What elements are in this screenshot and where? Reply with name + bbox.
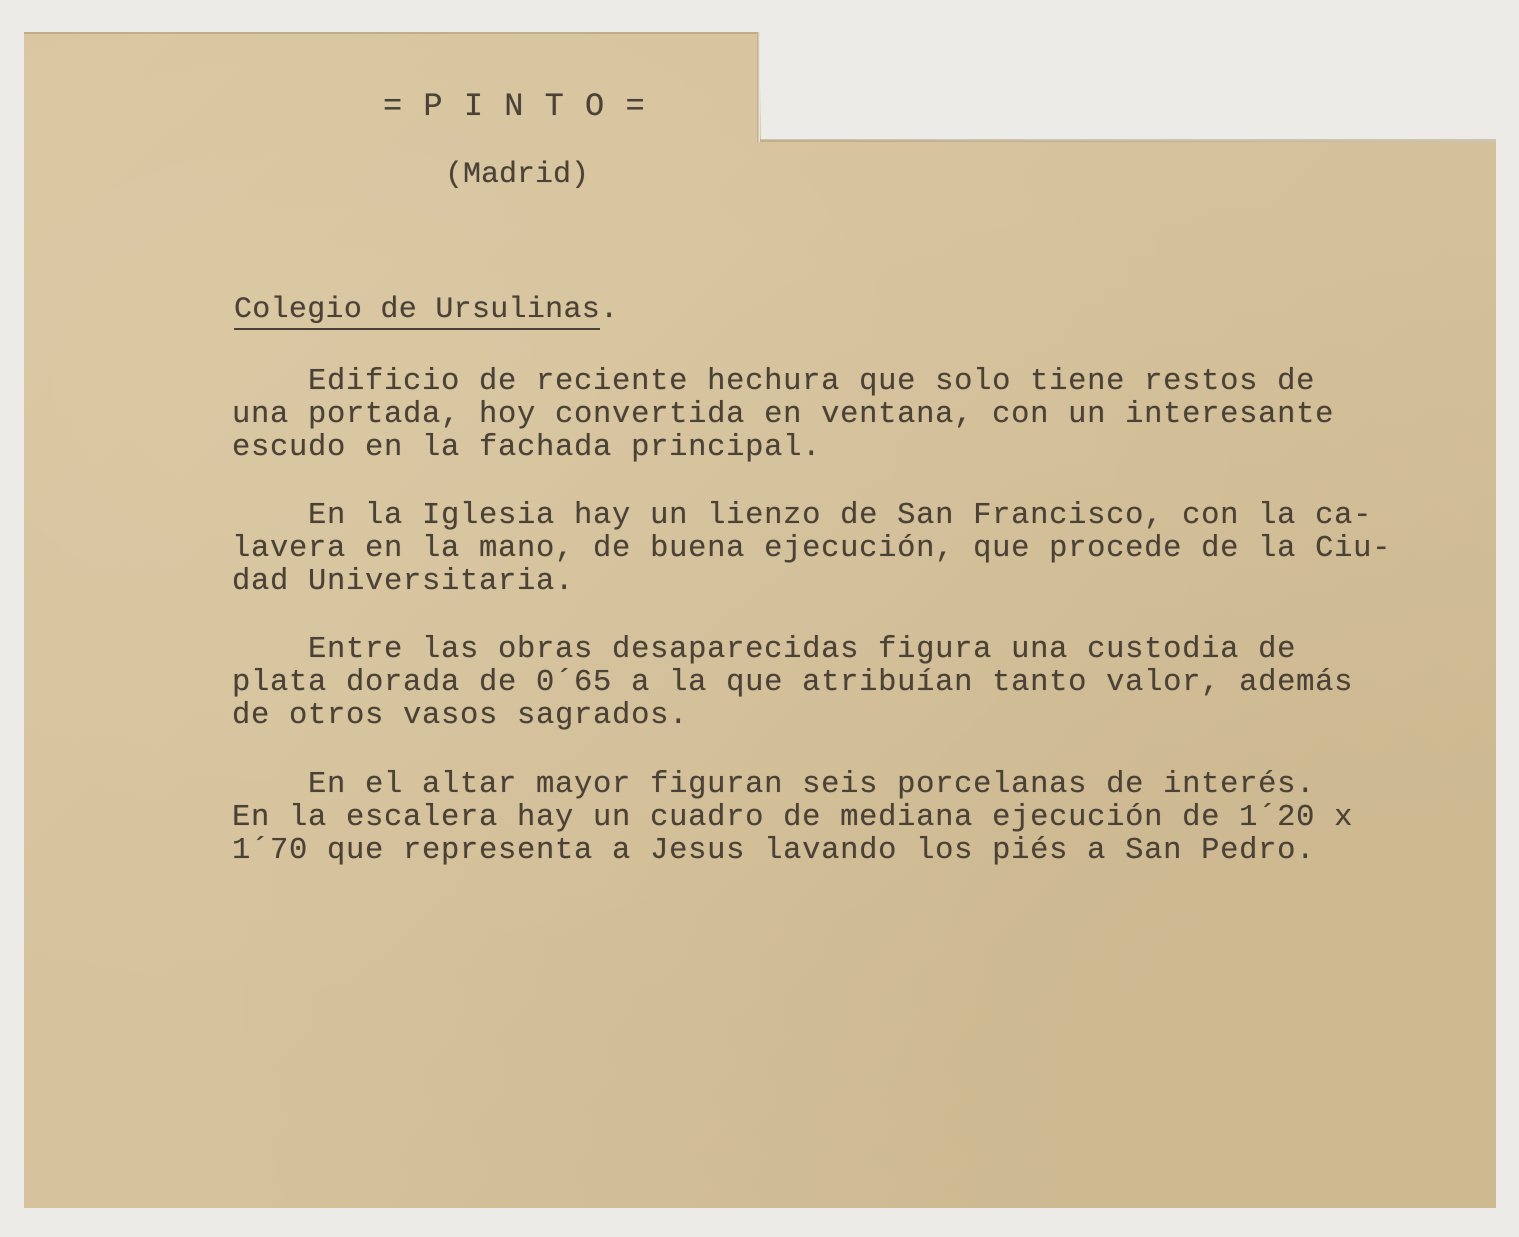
- index-card: [24, 32, 1496, 1208]
- section-heading: Colegio de Ursulinas.: [234, 293, 618, 327]
- card-top-edge: [24, 32, 759, 34]
- paragraph-1: Edificio de reciente hechura que solo ti…: [232, 366, 1334, 465]
- paragraph-4: En el altar mayor figuran seis porcelana…: [232, 769, 1353, 868]
- card-lower-top-edge: [760, 139, 1496, 142]
- card-cut-edge: [757, 32, 760, 142]
- paragraph-line: 1´70 que representa a Jesus lavando los …: [232, 835, 1353, 868]
- document-title: = P I N T O =: [383, 88, 646, 125]
- document-subtitle: (Madrid): [445, 158, 589, 192]
- paragraph-line: Entre las obras desaparecidas figura una…: [232, 634, 1353, 667]
- paragraph-line: lavera en la mano, de buena ejecución, q…: [232, 533, 1391, 566]
- paragraph-line: Edificio de reciente hechura que solo ti…: [232, 366, 1334, 399]
- paragraph-line: una portada, hoy convertida en ventana, …: [232, 399, 1334, 432]
- section-heading-punct: .: [600, 293, 618, 327]
- paragraph-line: En la Iglesia hay un lienzo de San Franc…: [232, 500, 1391, 533]
- paragraph-2: En la Iglesia hay un lienzo de San Franc…: [232, 500, 1391, 599]
- section-heading-text: Colegio de Ursulinas: [234, 293, 600, 330]
- paragraph-line: dad Universitaria.: [232, 566, 1391, 599]
- paragraph-line: En la escalera hay un cuadro de mediana …: [232, 802, 1353, 835]
- paragraph-3: Entre las obras desaparecidas figura una…: [232, 634, 1353, 733]
- paragraph-line: En el altar mayor figuran seis porcelana…: [232, 769, 1353, 802]
- paragraph-line: escudo en la fachada principal.: [232, 432, 1334, 465]
- paragraph-line: de otros vasos sagrados.: [232, 700, 1353, 733]
- paragraph-line: plata dorada de 0´65 a la que atribuían …: [232, 667, 1353, 700]
